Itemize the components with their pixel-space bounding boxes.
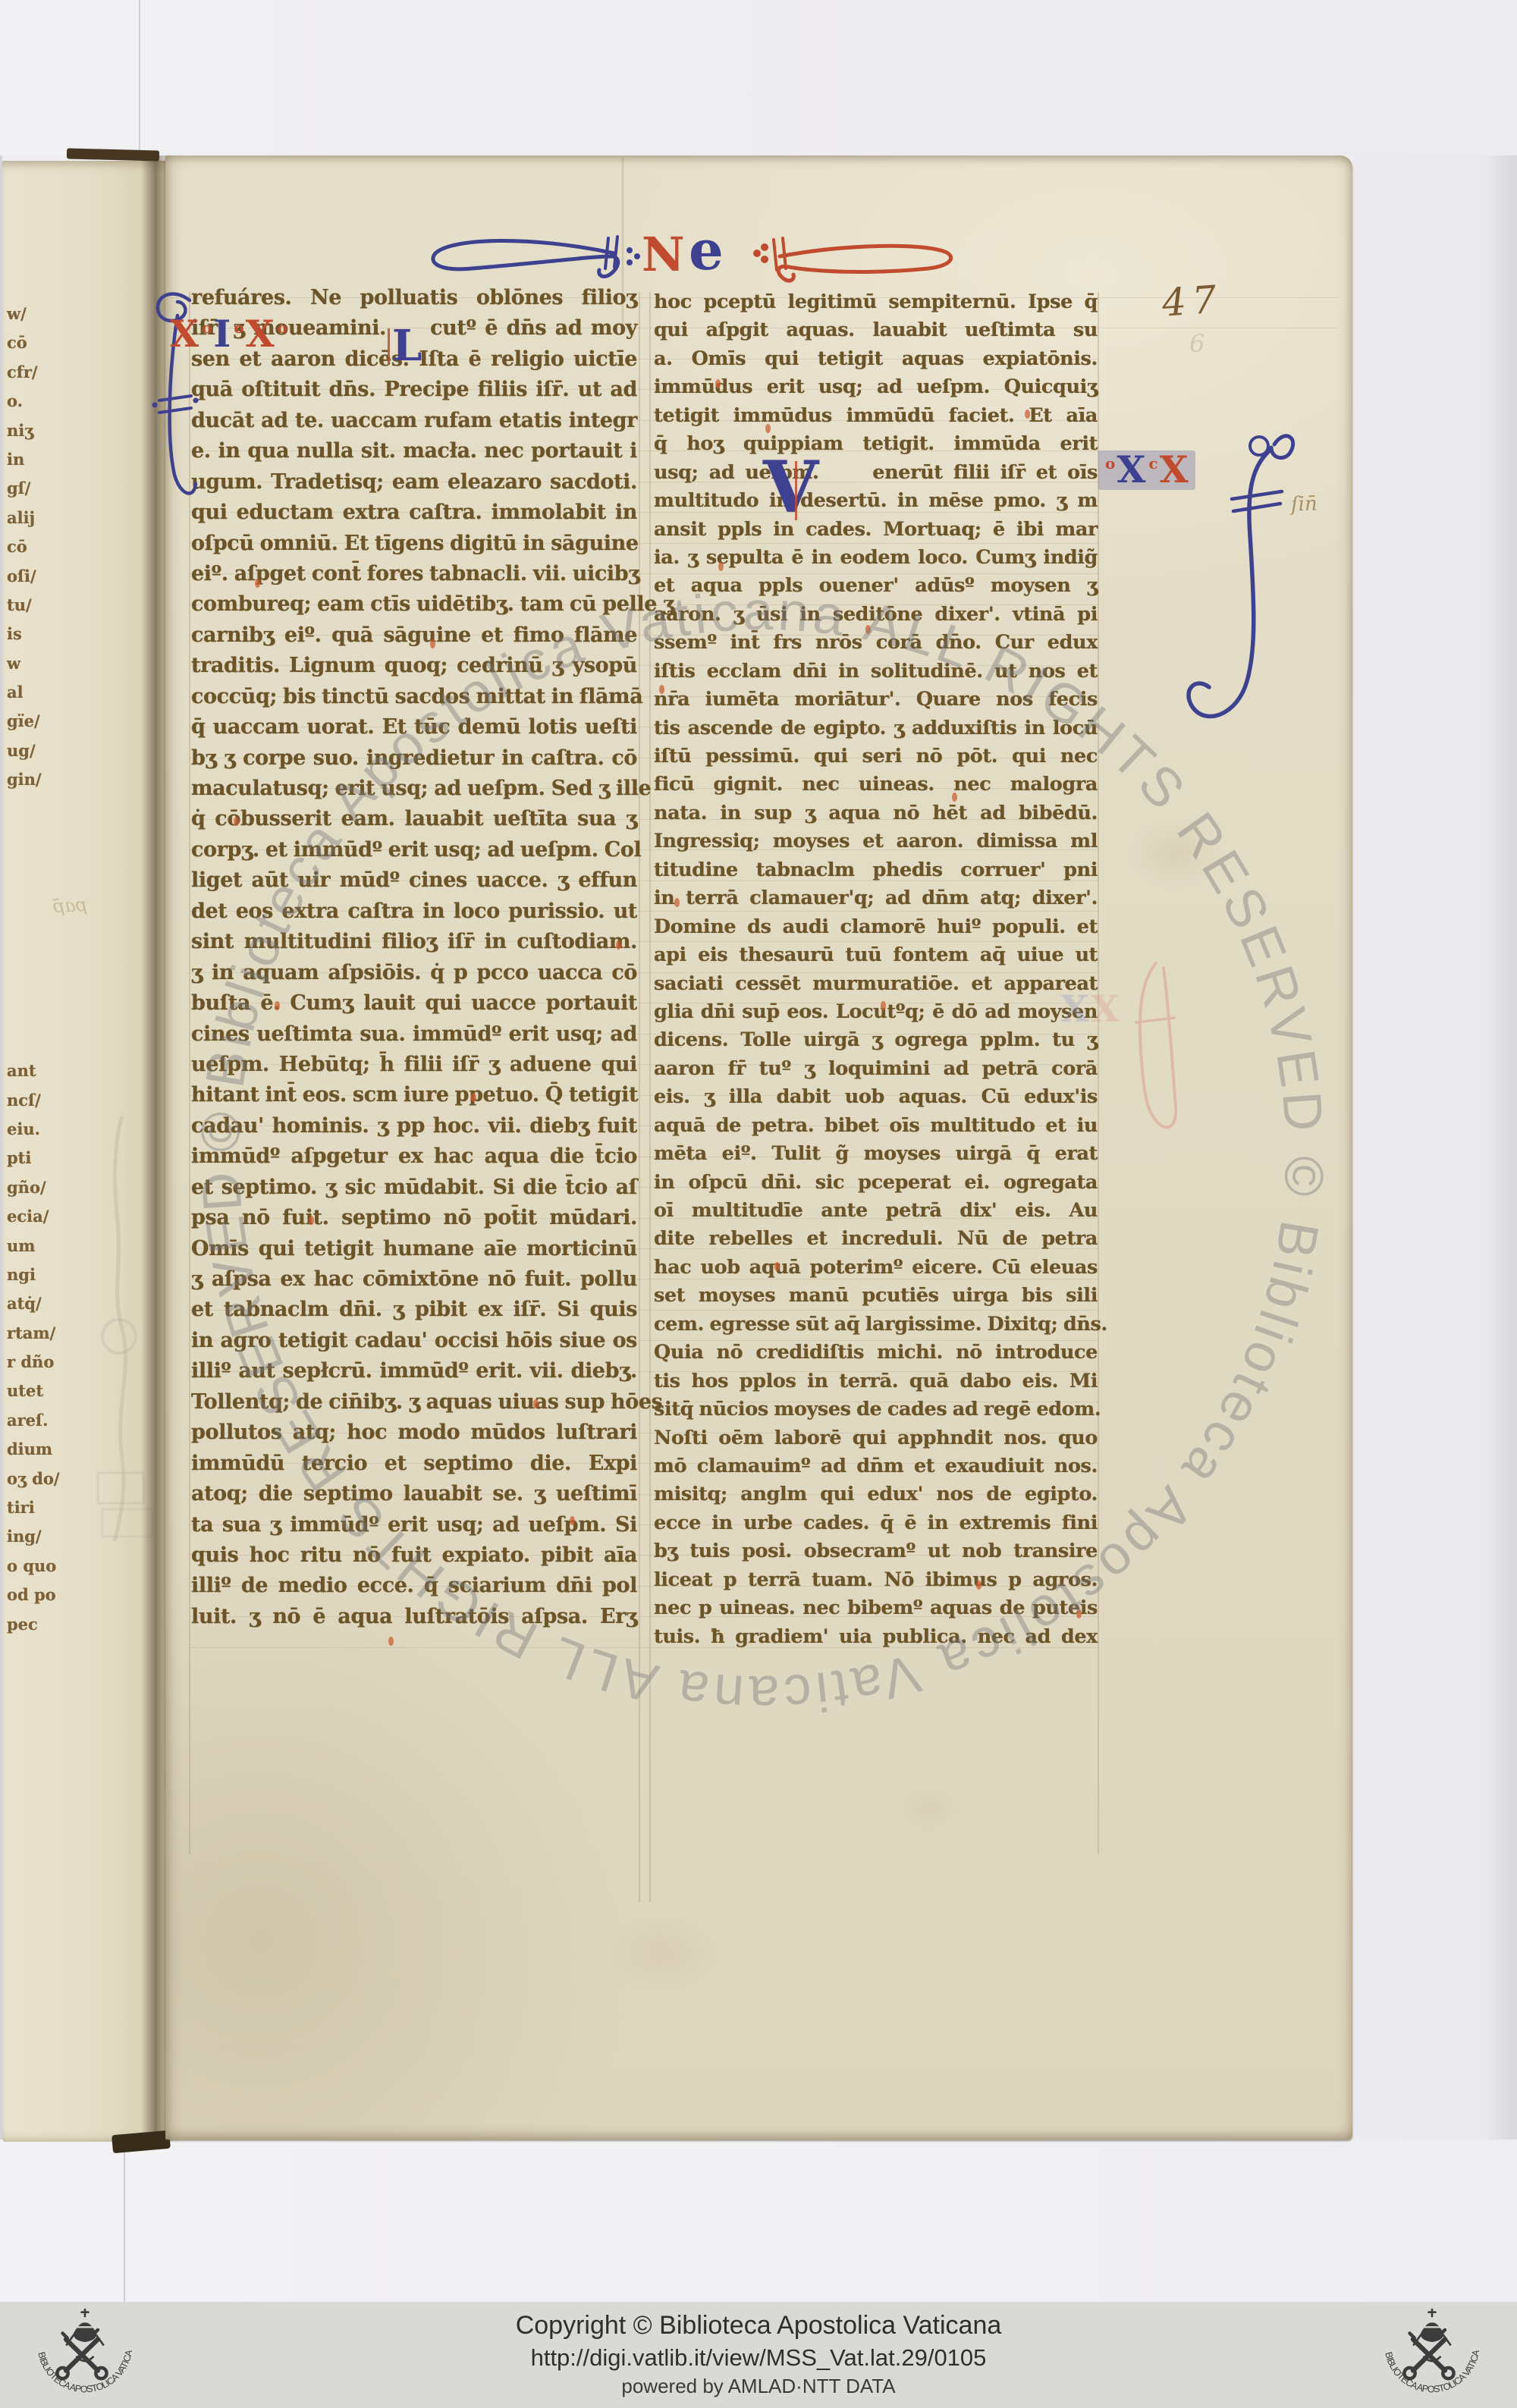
vatican-library-seal-right: BIBLIOTECA APOSTOLICA VATICANA: [1368, 2304, 1496, 2406]
initial-pen-flourish: [795, 461, 797, 520]
chapter-numeral-glyph: X: [1117, 451, 1147, 488]
manuscript-text-line: qui eductam extra caſtra. immolabit in: [191, 498, 637, 528]
manuscript-text-line: ueſpm. Hebūtq; h̄ filii iſr̄ ʒ aduene qu…: [191, 1050, 637, 1080]
ruling-line: [649, 292, 651, 1902]
rubrication-dot: [309, 1216, 314, 1225]
manuscript-text-line: nr̄a iumēta moriātur'. Quare nos fecis: [654, 686, 1098, 714]
rubrication-dot: [430, 639, 435, 648]
manuscript-text-line: a. Omīs qui tetigit aquas expiatōnis.: [654, 345, 1098, 373]
manuscript-text-line: usq; ad ueſpm. enerūt filii iſr̄ et oīs: [654, 459, 1098, 487]
chapter-numeral-glyph: o: [1105, 456, 1115, 471]
rubrication-dot: [388, 1637, 394, 1646]
rubrication-dot: [674, 898, 680, 907]
footer-bar: Copyright © Biblioteca Apostolica Vatica…: [0, 2302, 1517, 2408]
manuscript-text-line: Quia nō credidiſtis michi. nō introduce: [654, 1339, 1098, 1367]
offset-marginal-note: pap̃: [52, 894, 87, 917]
chapter-numeral-glyph: X: [246, 316, 276, 353]
manuscript-text-line: combureq; eam ctīs uidētibʒ. tam cū pell…: [191, 589, 637, 620]
illuminated-initial-l: L: [392, 325, 422, 367]
manuscript-text-line: buſta ē. Cumʒ lauit qui uacce portauit: [191, 988, 637, 1019]
manuscript-text-line: q̇ cōbusserit eam. lauabit ueſtīta sua ʒ: [191, 804, 637, 834]
ruling-line: [189, 292, 190, 1854]
rubrication-dot: [952, 793, 957, 802]
chapter-numeral-glyph: I: [213, 316, 232, 353]
rubrication-dot: [1025, 410, 1030, 419]
manuscript-text-line: liceat p terrā tuam. Nō ibimus p agros.: [654, 1566, 1098, 1594]
manuscript-text-line: cines ueſtimta sua. immūdº erit usq; ad: [191, 1019, 637, 1050]
manuscript-text-line: mēta eiº. Tulit g̃ moyses uirgā q̄ erat: [654, 1140, 1098, 1168]
rubrication-dot: [1076, 1609, 1082, 1618]
manuscript-text-line: api eis thesaurū tuū fontem aq̄ uiue ut: [654, 941, 1098, 969]
manuscript-text-line: et septimo. ʒ sic mūdabit. Si die t̄cio …: [191, 1173, 637, 1203]
manuscript-text-line: ʒ aſpsa ex hac cōmixtōne nō fuit. pollu: [191, 1264, 637, 1295]
manuscript-text-line: eis. ʒ illa dabit uob aquas. Cū edux'is: [654, 1083, 1098, 1111]
rubrication-dot: [471, 1093, 476, 1102]
manuscript-text-line: ssemº int̄ frs nrōs corā dn̄o. Cur edux: [654, 629, 1098, 657]
manuscript-text-line: tis hos pplos in terrā. quā dabo eis. Mi: [654, 1367, 1098, 1396]
manuscript-text-line: Domine ds audi clamorē huiº populi. et: [654, 913, 1098, 941]
rubrication-dot: [533, 1399, 539, 1408]
rubrication-dot: [718, 562, 724, 571]
manuscript-text-line: Ingressiq; moyses et aaron. dimissa ml: [654, 827, 1098, 856]
text-column-right: hoc pceptū legitimū sempiternū. Ipse q̄q…: [654, 288, 1098, 1651]
manuscript-text-line: immūdº aſpgetur ex hac aqua die t̄cio: [191, 1141, 637, 1172]
chapter-numeral-glyph: X: [1091, 991, 1121, 1028]
folio-number-ghost: 6: [1189, 329, 1204, 358]
manuscript-text-line: cem. egresse sūt aq̄ largissime. Dixitq;…: [654, 1311, 1098, 1339]
footer-url: http://digi.vatlib.it/view/MSS_Vat.lat.2…: [0, 2344, 1517, 2372]
text-column-left: refuáres. Ne polluatis oblōnes filioʒiſr…: [191, 283, 637, 1632]
rubrication-dot: [765, 424, 771, 433]
manuscript-text-line: quis hoc ritu nō fuit expiato. pibit aīa: [191, 1540, 637, 1571]
manuscript-text-line: sint multitudini filioʒ iſr̄ in cuſtodia…: [191, 927, 637, 957]
running-header-flourish-red: [746, 226, 966, 290]
manuscript-text-line: traditis. Lignum quoq; cedrinū ʒ ysopū: [191, 651, 637, 681]
manuscript-text-line: maculatusq; erit usq; ad ueſpm. Sed ʒ il…: [191, 774, 637, 804]
manuscript-text-line: Omīs qui tetigit humane aīe morticinū: [191, 1234, 637, 1264]
manuscript-text-line: Tollentq; de cin̄ibʒ. ʒ aquas uiuas sup …: [191, 1387, 637, 1417]
manuscript-text-line: tuis. ħ gradiem' uia publica. nec ad dex: [654, 1623, 1098, 1651]
manuscript-text-line: iſtū pessimū. qui seri nō pōt. qui nec: [654, 742, 1098, 771]
manuscript-text-line: liget aūt uir mūdº cines uacce. ʒ effun: [191, 865, 637, 896]
offset-chapter-number-xx: XX: [1060, 991, 1121, 1028]
manuscript-text-line: ficū gignit. nec uineas. nec malogra: [654, 771, 1098, 799]
manuscript-text-line: e. in qua nulla sit. macła. nec portauit…: [191, 436, 637, 466]
rubrication-dot: [881, 1001, 886, 1010]
footer-copyright: Copyright © Biblioteca Apostolica Vatica…: [0, 2311, 1517, 2341]
marginal-note-fin: ſin̄: [1290, 492, 1318, 516]
rubrication-dot: [774, 1262, 780, 1271]
manuscript-text-line: nata. in sup ʒ aqua nō hēt ad bibēdū.: [654, 799, 1098, 827]
manuscript-text-line: dite rebelles et increduli. Nū de petra: [654, 1225, 1098, 1253]
scan-viewer-page: { "folio_number": "47", "folio_ghost": "…: [0, 0, 1517, 2408]
manuscript-text-line: Noſti oēm laborē qui apphndit nos. quo: [654, 1424, 1098, 1452]
manuscript-text-line: ta sua ʒ immūdº erit usq; ad ueſpm. Si: [191, 1510, 637, 1540]
offset-flourish-red: [1129, 954, 1197, 1144]
manuscript-text-line: mō clamauimº ad dn̄m et exaudiuit nos.: [654, 1452, 1098, 1480]
manuscript-text-line: titudine tabnaclm phedis corruer' pni: [654, 856, 1098, 884]
manuscript-text-line: et aqua ppls ouener' adūsº moysen ʒ: [654, 572, 1098, 600]
manuscript-text-line: aaron. ʒ ūsi in seditōne dixer'. vtinā p…: [654, 601, 1098, 629]
manuscript-text-line: immūdū tercio et septimo die. Expi: [191, 1449, 637, 1479]
chapter-numeral-glyph: o: [234, 320, 243, 335]
running-header-letter-n: N: [642, 231, 685, 278]
manuscript-text-line: psa nō fuit. septimo nō pot̄it mūdari.: [191, 1203, 637, 1233]
manuscript-text-line: qui aſpgit aquas. lauabit ueſtimta su: [654, 316, 1098, 344]
manuscript-text-line: q̄ uaccam uorat. Et tūc demū lotis ueſti: [191, 712, 637, 742]
manuscript-text-line: oī multitudīe ante petrā dix' eis. Au: [654, 1197, 1098, 1225]
chapter-numeral-glyph: o: [202, 320, 212, 335]
vatican-library-seal-left: BIBLIOTECA APOSTOLICA VATICANA: [21, 2304, 149, 2406]
manuscript-text-line: ducāt ad te. uaccam rufam etatis integr: [191, 406, 637, 436]
chapter-numeral-glyph: X: [170, 316, 200, 353]
manuscript-text-line: carnibʒ eiº. quā sāguine et fimo flāme: [191, 620, 637, 651]
manuscript-text-line: det eos extra caſtra in loco purissio. u…: [191, 896, 637, 927]
backdrop-bottom: [0, 2140, 1517, 2302]
manuscript-text-line: illiº de medio ecce. q̄ sciarium dn̄i po…: [191, 1571, 637, 1601]
chapter-numeral-glyph: X: [1060, 991, 1091, 1028]
initial-pen-flourish: [388, 328, 390, 365]
manuscript-text-line: sitq̄ nūcios moyses de cades ad regē edo…: [654, 1396, 1098, 1424]
rubrication-dot: [275, 1001, 280, 1010]
manuscript-text-line: in oſpcū dn̄i. sic pceperat ei. ogregata: [654, 1169, 1098, 1197]
illuminated-initial-v: V: [763, 452, 818, 523]
rubrication-dot: [976, 1581, 981, 1590]
manuscript-text-line: misitq; anglm qui edux' nos de egipto.: [654, 1480, 1098, 1509]
backdrop-seam: [124, 2140, 125, 2302]
rubrication-dot: [715, 379, 721, 388]
manuscript-text-line: hac uob aquā poterimº eicere. Cū eleuas: [654, 1254, 1098, 1282]
manuscript-text-line: tis ascende de egipto. ʒ adduxiſtis in l…: [654, 714, 1098, 742]
manuscript-text-line: aquā de petra. bibet oīs multitudo et iu: [654, 1112, 1098, 1140]
manuscript-text-line: in agro tetigit cadau' occisi hōis siue …: [191, 1326, 637, 1356]
manuscript-text-line: quā oſtituit dn̄s. Precipe filiis iſr̄. …: [191, 375, 637, 405]
manuscript-text-line: ʒ in aquam aſpsiōis. q̇ p pcco uacca cō: [191, 958, 637, 988]
manuscript-text-line: coccūq; bis tinctū sacdos mittat in flām…: [191, 682, 637, 712]
manuscript-text-line: ecce in urbe cades. q̄ ē in extremis fin…: [654, 1509, 1098, 1537]
rubrication-dot: [570, 1516, 575, 1525]
manuscript-text-line: nec p uineas. nec bibemº aquas de puteis: [654, 1594, 1098, 1622]
manuscript-text-line: et tabnaclm dn̄i. ʒ pibit ex iſr̄. Si qu…: [191, 1295, 637, 1325]
manuscript-text-line: pollutos atq; hoc modo mūdos luſtrari: [191, 1417, 637, 1448]
manuscript-text-line: tetigit immūdus immūdū faciet. Et aīa: [654, 402, 1098, 430]
manuscript-text-line: iſtis ecclam dn̄i in solitudinē. ut nos …: [654, 658, 1098, 686]
manuscript-text-line: dicens. Tolle uirgā ʒ ogrega pplm. tu ʒ: [654, 1026, 1098, 1054]
manuscript-text-line: glia dn̄i sup̄ eos. Locutºq; ē dō ad moy…: [654, 998, 1098, 1026]
manuscript-text-line: in terrā clamauer'q; ad dn̄m atq; dixer'…: [654, 884, 1098, 912]
manuscript-text-line: atoq; die septimo lauabit se. ʒ ueſtimī: [191, 1479, 637, 1509]
running-header-letter-e: e: [689, 223, 724, 278]
chapter-numeral-glyph: c: [1148, 456, 1157, 471]
chapter-numeral-glyph: o: [278, 320, 287, 335]
rubrication-dot: [234, 817, 239, 826]
running-header-flourish-blue: [423, 224, 651, 289]
manuscript-text-line: immūdus erit usq; ad ueſpm. Quicquiʒ: [654, 373, 1098, 401]
rubrication-dot: [616, 940, 621, 950]
manuscript-text-line: hoc pceptū legitimū sempiternū. Ipse q̄: [654, 288, 1098, 316]
ruling-line: [639, 292, 640, 1902]
manuscript-text-line: aaron fr̄ tuº ʒ loquimini ad petrā corā: [654, 1055, 1098, 1083]
manuscript-text-line: saciati cessēt murmuratiōe. et appareat: [654, 970, 1098, 998]
manuscript-text-line: cadau' hominis. ʒ pp hoc. vii. diebʒ fui…: [191, 1111, 637, 1141]
manuscript-text-line: ugum. Tradetisq; eam eleazaro sacdoti.: [191, 467, 637, 498]
chapter-xx-flourish: [1174, 422, 1303, 737]
manuscript-text-line: corpʒ. et immūdº erit usq; ad ueſpm. Col: [191, 835, 637, 865]
manuscript-text-line: illiº aut sepłcrū. immūdº erit. vii. die…: [191, 1356, 637, 1386]
rubrication-dot: [865, 625, 871, 634]
manuscript-text-line: bʒ tuis posi. obsecramº ut nob transire: [654, 1537, 1098, 1565]
manuscript-text-line: multitudo in desertū. in mēse pmo. ʒ m: [654, 487, 1098, 515]
manuscript-text-line: bʒ ʒ corpe suo. ingredietur in caſtra. c…: [191, 743, 637, 774]
footer-powered-by: powered by AMLAD·NTT DATA: [0, 2375, 1517, 2398]
rubrication-dot: [255, 579, 260, 588]
manuscript-text-line: ansit ppls in cades. Mortuaq; ē ibi mar: [654, 516, 1098, 544]
chapter-number-xix: XoIoXo: [170, 316, 289, 353]
rubrication-dot: [659, 685, 664, 694]
manuscript-text-line: q̄ hoʒ quippiam tetigit. immūda erit: [654, 430, 1098, 458]
folio-number: 47: [1161, 277, 1223, 325]
manuscript-text-line: oſpcū omniū. Et tīgens digitū in sāguine: [191, 529, 637, 559]
manuscript-text-line: hitant int̄ eos. scm iure ppetuo. Q̄ tet…: [191, 1080, 637, 1110]
manuscript-text-line: luit. ʒ nō ē aqua luſtratōis aſpsa. Erʒ: [191, 1602, 637, 1632]
manuscript-text-line: set moyses manū pcutiēs uirga bis sili: [654, 1282, 1098, 1310]
ruling-line: [1098, 292, 1099, 1854]
